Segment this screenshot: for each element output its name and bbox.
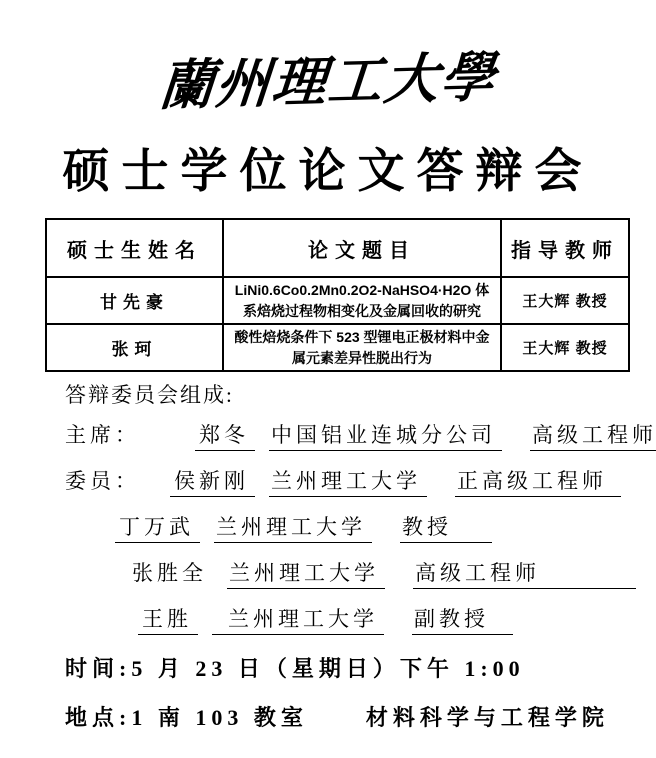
committee-heading: 答辩委员会组成: bbox=[65, 379, 656, 409]
member-name: 王胜 bbox=[138, 606, 198, 635]
member-org: 兰州理工大学 bbox=[227, 560, 385, 589]
defense-time: 时间:5 月 23 日（星期日）下午 1:00 bbox=[65, 652, 656, 683]
member-title: 高级工程师 bbox=[530, 422, 656, 451]
member-org: 兰州理工大学 bbox=[214, 514, 372, 543]
university-logo-calligraphy: 蘭州理工大學 bbox=[0, 31, 656, 132]
defense-table: 硕士生姓名 论文题目 指导教师 甘先豪 LiNi0.6Co0.2Mn0.2O2-… bbox=[45, 218, 630, 372]
committee-member: 丁万武 兰州理工大学 教授 bbox=[115, 514, 656, 543]
defense-location: 地点:1 南 103 教室 bbox=[65, 701, 308, 732]
member-title: 高级工程师 bbox=[413, 560, 636, 589]
thesis-title-cell: LiNi0.6Co0.2Mn0.2O2-NaHSO4·H2O 体系焙烧过程物相变… bbox=[223, 277, 501, 324]
committee-member: 委员： 侯新刚 兰州理工大学 正高级工程师 bbox=[65, 468, 656, 497]
table-row: 张珂 酸性焙烧条件下 523 型锂电正极材料中金属元素差异性脱出行为 王大辉 教… bbox=[46, 324, 629, 371]
member-title: 副教授 bbox=[412, 606, 513, 635]
member-org: 兰州理工大学 bbox=[269, 468, 427, 497]
defense-place-line: 地点:1 南 103 教室 材料科学与工程学院 bbox=[65, 701, 656, 732]
committee-member-list: 主席： 郑冬 中国铝业连城分公司 高级工程师 委员： 侯新刚 兰州理工大学 正高… bbox=[0, 422, 656, 635]
table-row: 甘先豪 LiNi0.6Co0.2Mn0.2O2-NaHSO4·H2O 体系焙烧过… bbox=[46, 277, 629, 324]
member-name: 丁万武 bbox=[115, 514, 200, 543]
member-org: 中国铝业连城分公司 bbox=[269, 422, 502, 451]
department-name: 材料科学与工程学院 bbox=[366, 701, 609, 732]
member-name: 侯新刚 bbox=[170, 468, 255, 497]
member-role-label: 主席： bbox=[65, 422, 195, 448]
member-title: 教授 bbox=[400, 514, 492, 543]
student-name-cell: 张珂 bbox=[46, 324, 223, 371]
col-header-student-name: 硕士生姓名 bbox=[46, 219, 223, 277]
committee-member: 张胜全 兰州理工大学 高级工程师 bbox=[128, 560, 656, 589]
defense-notice-page: 蘭州理工大學 硕士学位论文答辩会 硕士生姓名 论文题目 指导教师 甘先豪 LiN… bbox=[0, 0, 656, 758]
col-header-advisor: 指导教师 bbox=[501, 219, 629, 277]
committee-member-chair: 主席： 郑冬 中国铝业连城分公司 高级工程师 bbox=[65, 422, 656, 451]
advisor-cell: 王大辉 教授 bbox=[501, 277, 629, 324]
page-title: 硕士学位论文答辩会 bbox=[0, 134, 656, 201]
thesis-title-cell: 酸性焙烧条件下 523 型锂电正极材料中金属元素差异性脱出行为 bbox=[223, 324, 501, 371]
member-name: 郑冬 bbox=[195, 422, 255, 451]
advisor-cell: 王大辉 教授 bbox=[501, 324, 629, 371]
col-header-thesis-title: 论文题目 bbox=[223, 219, 501, 277]
student-name-cell: 甘先豪 bbox=[46, 277, 223, 324]
table-header-row: 硕士生姓名 论文题目 指导教师 bbox=[46, 219, 629, 277]
member-title: 正高级工程师 bbox=[455, 468, 621, 497]
committee-member: 王胜 兰州理工大学 副教授 bbox=[138, 606, 656, 635]
member-org: 兰州理工大学 bbox=[212, 606, 384, 635]
member-name: 张胜全 bbox=[128, 560, 213, 588]
member-role-label: 委员： bbox=[65, 468, 170, 494]
